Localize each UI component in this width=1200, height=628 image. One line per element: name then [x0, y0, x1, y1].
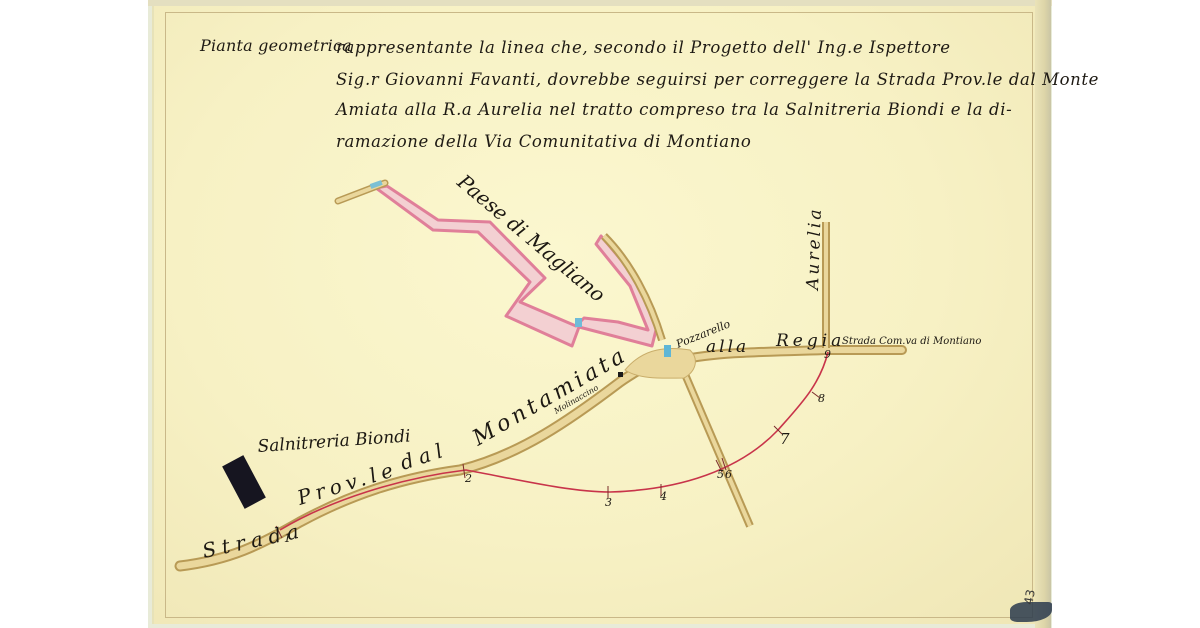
label-aurelia: Aurelia — [803, 206, 826, 292]
map-drawing: 1 2 3 4 5 6 7 8 9 Paese di Magliano Saln… — [0, 0, 1200, 628]
survey-point-4: 4 — [659, 490, 667, 503]
survey-point-7: 7 — [780, 430, 790, 448]
survey-point-8: 8 — [818, 392, 825, 405]
survey-point-6: 6 — [725, 468, 732, 481]
fountain-marker — [575, 318, 582, 327]
page-number: 43 — [1021, 588, 1037, 605]
survey-point-3: 3 — [605, 496, 612, 509]
label-regia: Regia — [775, 331, 845, 351]
label-strada: Strada — [200, 518, 307, 563]
label-alla: alla — [706, 337, 749, 357]
road-southeast — [684, 372, 750, 526]
survey-ticks — [276, 392, 820, 538]
salnitreria-building — [222, 455, 266, 509]
label-salnitreria-biondi: Salnitreria Biondi — [257, 426, 411, 457]
survey-point-2: 2 — [464, 472, 472, 485]
molinaccino-marker — [618, 372, 623, 377]
pozzarello-well — [664, 345, 671, 357]
survey-point-5: 5 — [717, 468, 724, 481]
label-strada-montiano: Strada Com.va di Montiano — [842, 336, 981, 347]
